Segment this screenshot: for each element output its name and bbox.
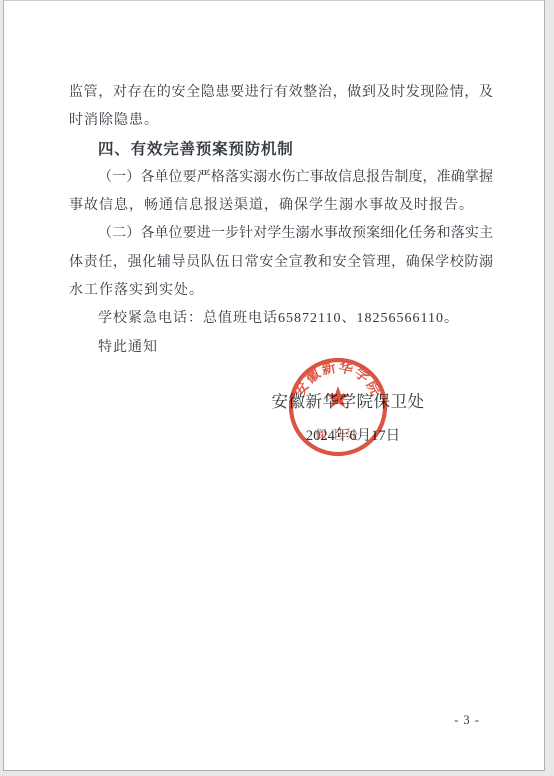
scanned-document-viewer: { "document": { "body_lines": [ "监管，对存在的… <box>0 0 554 776</box>
body-line: 时消除隐患。 <box>69 107 493 135</box>
body-line: 事故信息，畅通信息报送渠道，确保学生溺水事故及时报告。 <box>69 192 493 220</box>
seal-department-text: 保卫处 <box>315 427 362 442</box>
body-line: 水工作落实到实处。 <box>69 277 493 305</box>
document-page: 监管，对存在的安全隐患要进行有效整治，做到及时发现险情，及 时消除隐患。 四、有… <box>3 0 545 771</box>
body-line: 体责任，强化辅导员队伍日常安全宣教和安全管理，确保学校防溺 <box>69 249 493 277</box>
document-body: 监管，对存在的安全隐患要进行有效整治，做到及时发现险情，及 时消除隐患。 四、有… <box>69 79 493 362</box>
body-line: （二）各单位要进一步针对学生溺水事故预案细化任务和落实主 <box>69 220 493 248</box>
section-heading: 四、有效完善预案预防机制 <box>69 136 493 164</box>
official-seal-stamp: 安徽新华学院 保卫处 <box>278 347 398 467</box>
page-number: - 3 - <box>427 712 507 728</box>
emergency-phone-line: 学校紧急电话：总值班电话65872110、18256566110。 <box>69 305 493 333</box>
body-line: （一）各单位要严格落实溺水伤亡事故信息报告制度，准确掌握 <box>69 164 493 192</box>
seal-star-icon <box>327 386 350 408</box>
body-line: 监管，对存在的安全隐患要进行有效整治，做到及时发现险情，及 <box>69 79 493 107</box>
